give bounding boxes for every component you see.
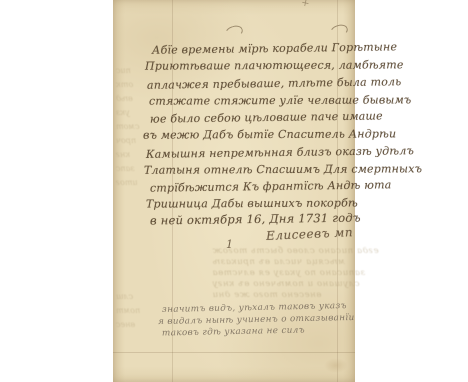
margin-showthrough: укз	[116, 108, 130, 117]
manuscript-line: Приютѣваше плачютющееся, ламбѣяте	[145, 58, 404, 72]
manuscript-line: Тлатыня отнелѣ Спасшимъ Для смертныхъ	[144, 162, 422, 176]
margin-showthrough: смот	[116, 122, 140, 131]
showthrough-line: мѣсяца числа въ приказѣ	[212, 257, 345, 267]
margin-showthrough: итог	[116, 178, 138, 187]
manuscript-line: Абїе времены мїрѣ корабели Горѣтыне	[152, 40, 397, 56]
manuscript-line: стрїбѣжится Къ франтїсѣ Андѣ юта	[150, 178, 392, 194]
margin-showthrough: запс	[116, 164, 135, 173]
margin-showthrough: вѣд	[116, 94, 133, 103]
showthrough-line: егда писано слово бысть тогож	[212, 246, 379, 256]
margin-showthrough: слш	[116, 292, 133, 301]
showthrough-line: слушано и помѣчено въ кнгу	[212, 279, 360, 289]
showthrough-line: записано по указу ея влчства	[212, 268, 365, 278]
margin-showthrough: помт	[116, 306, 140, 315]
margin-showthrough: отк	[116, 80, 133, 89]
paper-stain	[324, 358, 348, 373]
manuscript-line: Тришница Дабы вышнихъ покорбѣ	[146, 196, 358, 210]
margin-showthrough: внес	[116, 320, 135, 329]
screenshot-root: + Абїе времены мїрѣ корабели Горѣтыне Пр…	[0, 0, 468, 382]
margin-showthrough: проч	[116, 136, 136, 145]
manuscript-line: въ межю Дабъ бытїе Спаситель Андрѣи	[143, 127, 396, 141]
fold-line-horizontal	[113, 352, 355, 353]
showthrough-line: внесено того же дни	[212, 290, 321, 300]
manuscript-line: аплачжея пребываше, тлѣте была толь	[147, 75, 402, 92]
margin-showthrough: кнг	[116, 150, 130, 159]
margin-showthrough: пис	[116, 66, 131, 75]
manuscript-line: стяжате стяжите улїе челваше бывымъ	[149, 93, 411, 107]
manuscript-line: Камышня непремѣнная близъ оказѣ удѣлъ	[146, 144, 414, 161]
